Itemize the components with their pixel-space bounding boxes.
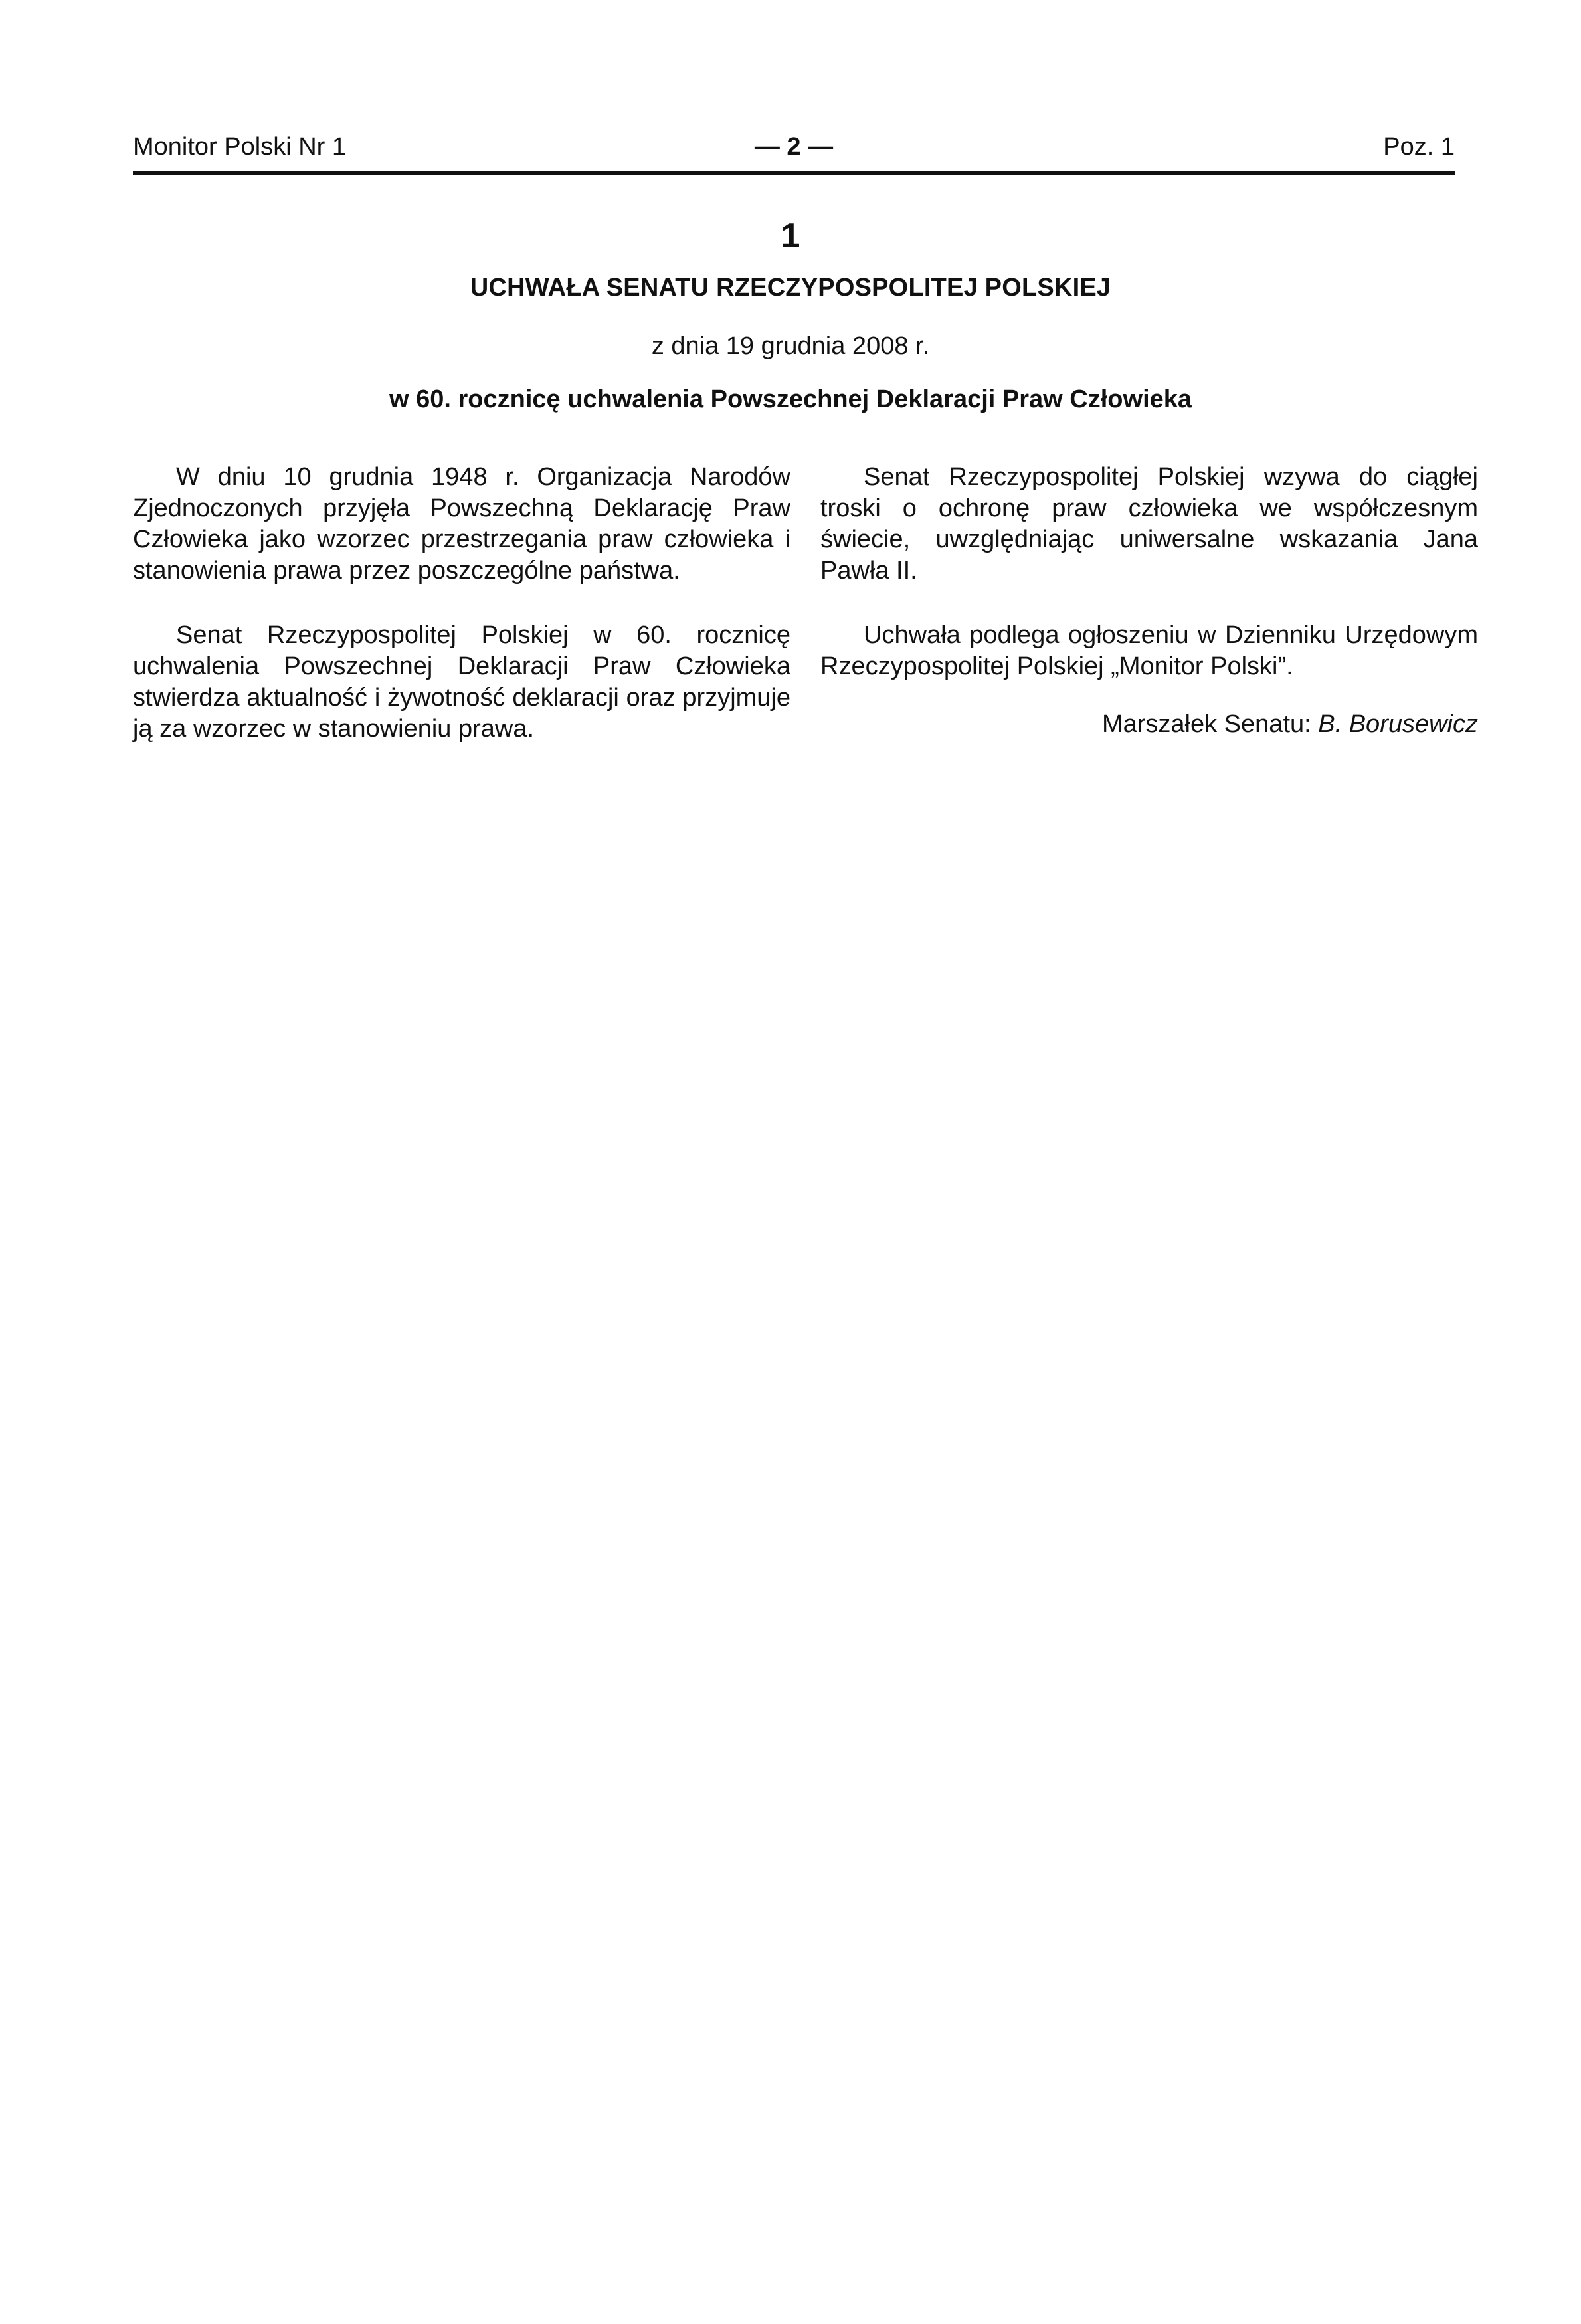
act-date: z dnia 19 grudnia 2008 r.: [0, 332, 1581, 361]
signature-name: B. Borusewicz: [1318, 710, 1478, 738]
act-number: 1: [0, 216, 1581, 256]
signature-label: Marszałek Senatu:: [1102, 710, 1318, 738]
right-column: Senat Rzeczypospolitej Polskiej wzywa do…: [820, 462, 1478, 740]
paragraph: Senat Rzeczypospolitej Polskiej w 60. ro…: [133, 620, 790, 745]
left-column: W dniu 10 grudnia 1948 r. Organizacja Na…: [133, 462, 790, 778]
paragraph: W dniu 10 grudnia 1948 r. Organizacja Na…: [133, 462, 790, 587]
signature: Marszałek Senatu: B. Borusewicz: [820, 709, 1478, 740]
running-header: Monitor Polski Nr 1 — 2 — Poz. 1: [133, 133, 1455, 173]
paragraph: Senat Rzeczypospolitej Polskiej wzywa do…: [820, 462, 1478, 587]
position-number: Poz. 1: [1383, 133, 1455, 161]
act-subject: w 60. rocznicę uchwalenia Powszechnej De…: [0, 385, 1581, 414]
act-title: UCHWAŁA SENATU RZECZYPOSPOLITEJ POLSKIEJ: [0, 274, 1581, 302]
header-rule: [133, 171, 1455, 175]
paragraph: Uchwała podlega ogłoszeniu w Dzienniku U…: [820, 620, 1478, 682]
page-number: — 2 —: [133, 133, 1455, 161]
